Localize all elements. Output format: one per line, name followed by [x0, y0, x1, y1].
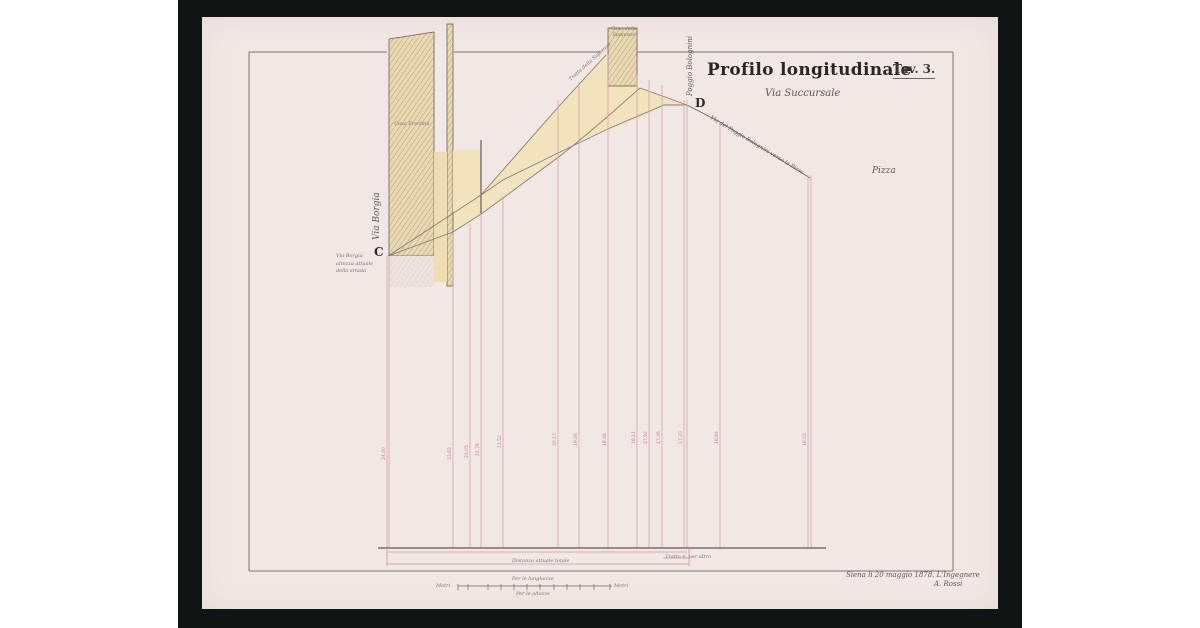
profile-drawing: 24.40 23.63 23.05 22.76 21.52 20.17 19.2…: [0, 0, 1200, 628]
scale-unit-right: Metri: [614, 583, 628, 589]
svg-text:24.40: 24.40: [381, 447, 387, 460]
svg-text:17.20: 17.20: [678, 431, 684, 444]
svg-text:16.84: 16.84: [714, 431, 720, 444]
drawing-subtitle: Via Succursale: [765, 88, 840, 99]
datum-line: [378, 548, 826, 566]
point-d-label: D: [695, 96, 705, 110]
signature-date: Siena li 20 maggio 1878. L'Ingegnere: [846, 571, 980, 579]
svg-text:23.63: 23.63: [447, 447, 453, 460]
svg-text:21.52: 21.52: [497, 435, 503, 448]
svg-text:19.26: 19.26: [573, 433, 579, 446]
elevation-labels: 24.40 23.63 23.05 22.76 21.52 20.17 19.2…: [381, 431, 808, 460]
scale-title-bottom: Per le altezze: [516, 591, 550, 597]
distance-label: Distanza attuale totale: [512, 558, 570, 564]
via-borgia-label: Via Borgia: [372, 192, 382, 240]
svg-text:23.05: 23.05: [464, 445, 470, 458]
signature-name: A. Rossi: [934, 580, 962, 588]
plate-number: Tav. 3.: [893, 62, 935, 79]
scale-title-top: Per le lunghezze: [512, 576, 554, 582]
drawing-title: Profilo longitudinale: [707, 60, 912, 80]
scale-bar: [458, 584, 612, 590]
poggio-bolognini-label: Poggio Bolognini: [686, 36, 694, 96]
svg-text:17.92: 17.92: [643, 431, 649, 444]
point-c-label: C: [374, 245, 384, 259]
svg-text:18.11: 18.11: [631, 431, 637, 444]
pizza-label: Pizza: [872, 166, 896, 176]
left-note-line-2: altezza attuale: [336, 261, 373, 267]
svg-text:18.48: 18.48: [602, 433, 608, 446]
scale-unit-left: Metri: [436, 583, 450, 589]
left-note-line-1: Via Borgia: [336, 253, 363, 259]
partial-distance-label: Tratto n. per altro: [665, 554, 711, 560]
svg-text:16.52: 16.52: [802, 433, 808, 446]
svg-text:20.17: 20.17: [552, 433, 558, 446]
left-note-line-3: della strada: [336, 268, 366, 274]
top-block-label: Casa delle Sapienze: [610, 26, 638, 38]
svg-text:17.36: 17.36: [656, 431, 662, 444]
svg-text:22.76: 22.76: [475, 443, 481, 456]
left-block-label: Casa Ercolani: [394, 121, 430, 127]
